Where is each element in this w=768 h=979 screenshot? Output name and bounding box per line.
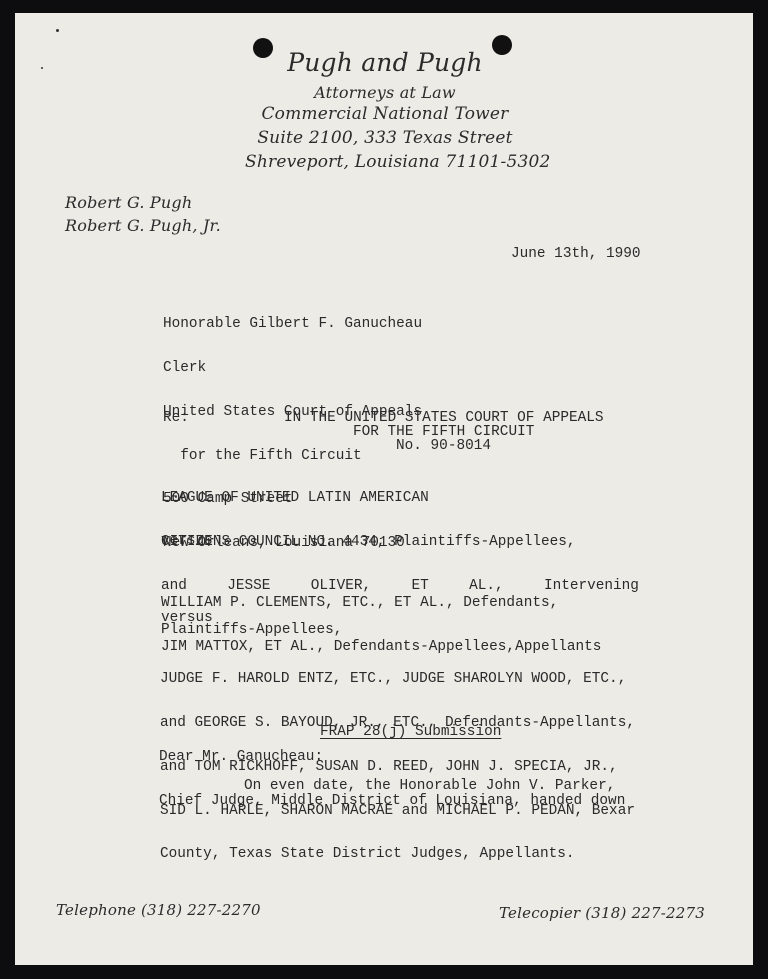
speck	[56, 29, 59, 32]
plaintiffs-line: LEAGUE OF UNITED LATIN AMERICAN	[161, 491, 639, 506]
attorney-name: Robert G. Pugh, Jr.	[65, 216, 221, 236]
re-case-number: No. 90-8014	[396, 439, 491, 454]
re-label: Re:	[163, 411, 189, 426]
body-line-1: On even date, the Honorable John V. Park…	[244, 779, 615, 794]
letterhead-firm-name: Pugh and Pugh	[270, 48, 500, 78]
defendants-line: WILLIAM P. CLEMENTS, ETC., ET AL., Defen…	[161, 596, 601, 611]
letterhead-subtitle: Attorneys at Law	[270, 83, 500, 103]
attorney-name: Robert G. Pugh	[65, 193, 192, 213]
letterhead-street: Suite 2100, 333 Texas Street	[245, 127, 525, 149]
recipient-line: Honorable Gilbert F. Ganucheau	[163, 317, 422, 332]
defendants-block-2: JUDGE F. HAROLD ENTZ, ETC., JUDGE SHAROL…	[160, 643, 635, 891]
defendants-line: JUDGE F. HAROLD ENTZ, ETC., JUDGE SHAROL…	[160, 672, 635, 687]
recipient-line: Clerk	[163, 361, 422, 376]
letterhead-building: Commercial National Tower	[260, 103, 510, 125]
defendants-line: County, Texas State District Judges, App…	[160, 847, 635, 862]
recipient-line: for the Fifth Circuit	[163, 449, 422, 464]
letter-page: Pugh and Pugh Attorneys at Law Commercia…	[15, 13, 753, 965]
versus-label: versus	[161, 611, 213, 626]
letter-date: June 13th, 1990	[511, 247, 641, 262]
speck	[41, 67, 43, 69]
footer-telephone: Telephone (318) 227-2270	[56, 900, 261, 920]
plaintiffs-line: CITIZENS COUNCIL NO. 4434, Plaintiffs-Ap…	[161, 535, 639, 550]
salutation: Dear Mr. Ganucheau:	[159, 750, 323, 765]
subject-line: FRAP 28(j) Submission	[320, 725, 501, 740]
versus-label: versus	[161, 534, 213, 549]
body-line-2: Chief Judge, Middle District of Louisian…	[159, 794, 625, 809]
footer-telecopier: Telecopier (318) 227-2273	[499, 903, 705, 923]
letterhead-city: Shreveport, Louisiana 71101-5302	[245, 151, 525, 173]
